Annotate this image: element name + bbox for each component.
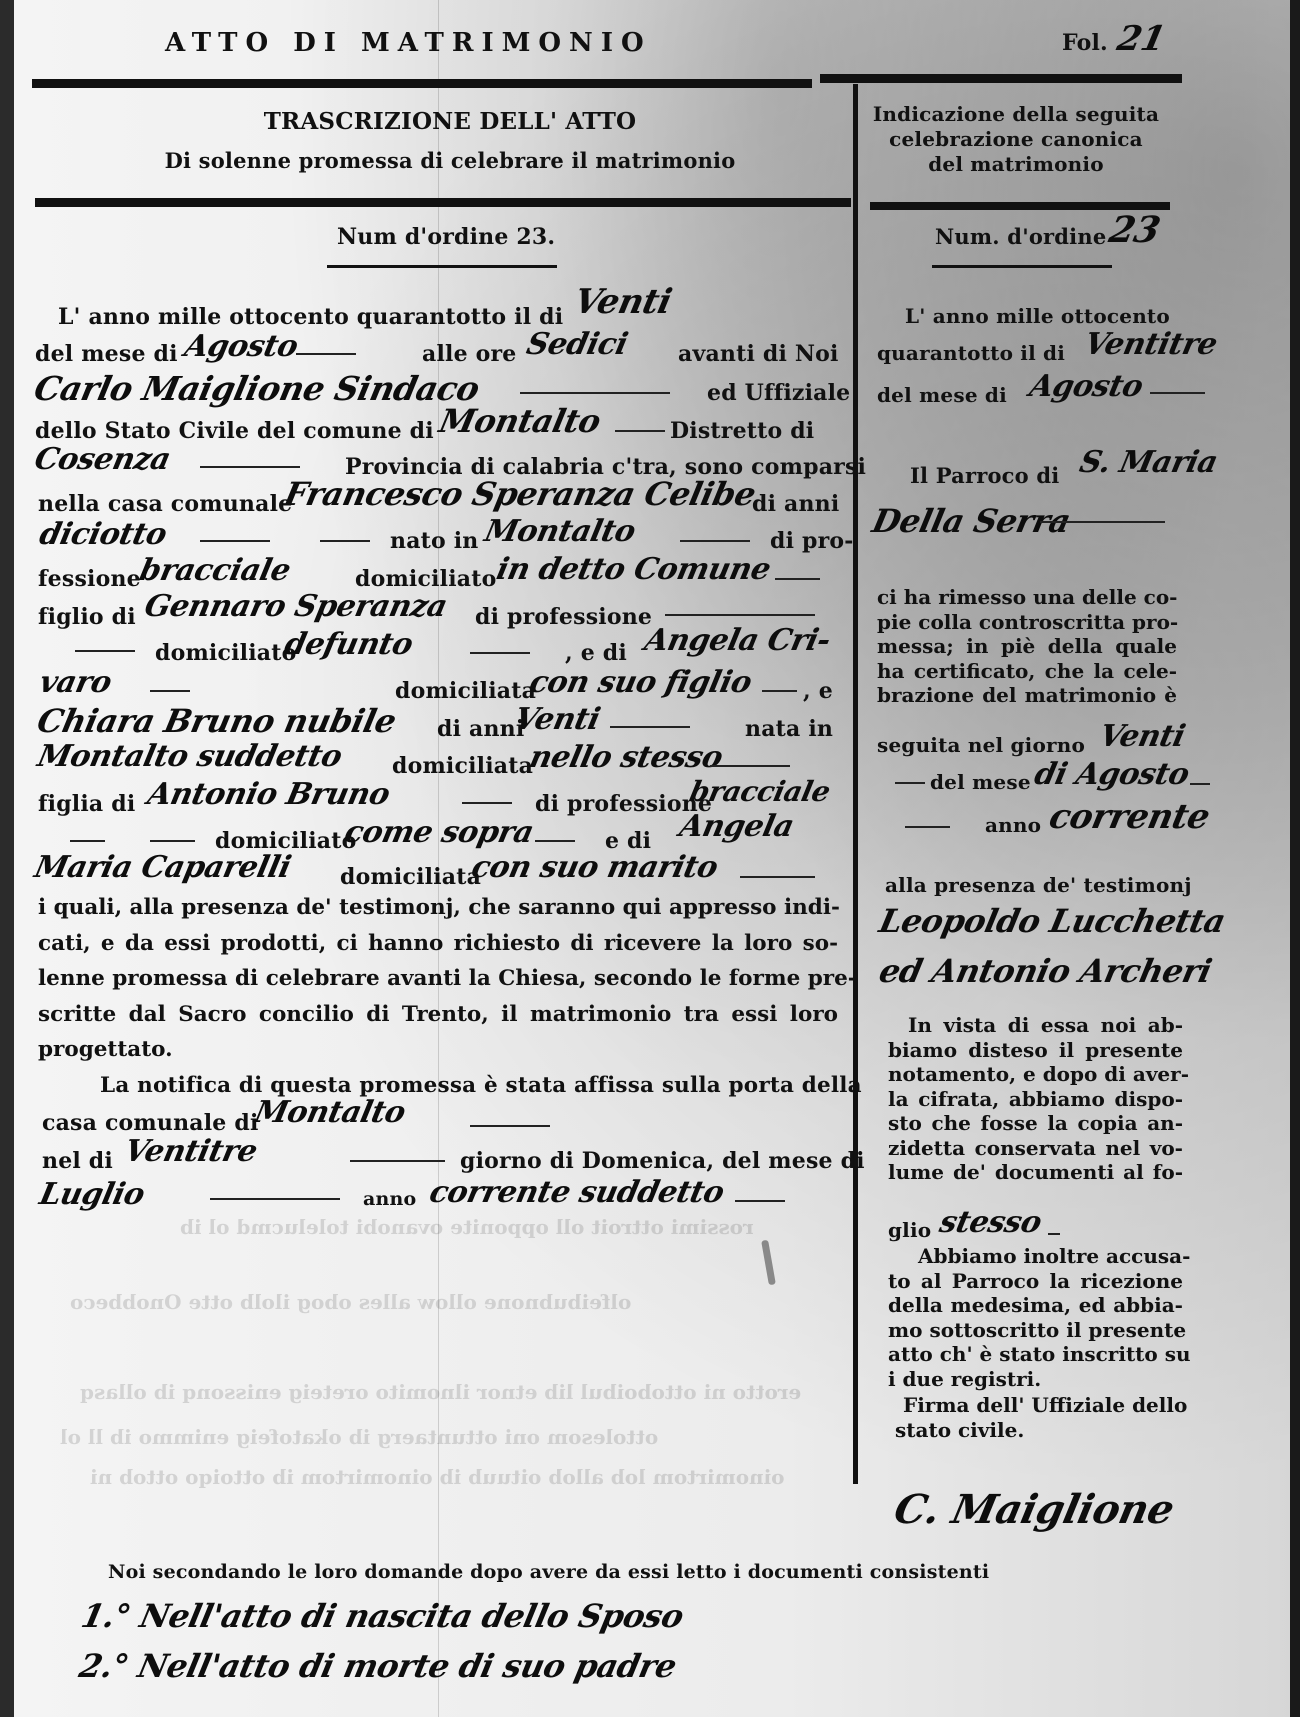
fill-dash [1040,521,1165,523]
fill-dash [150,840,195,842]
section-rule-left [35,198,851,207]
handwritten-month: Agosto [182,332,300,362]
bleed-through-text: ottolesom oni ottuntaerg ib okatofeig en… [60,1425,658,1449]
printed-text: figlio di [38,606,136,628]
order-label-right: Num. d'ordine [935,226,1106,247]
fill-dash [75,650,135,652]
handwritten-right-day: Ventitre [1082,330,1220,360]
fill-dash [296,353,356,355]
handwritten-district: Cosenza [32,445,173,475]
printed-text: alle ore [422,343,517,365]
footer-printed-line: Noi secondando le loro domande dopo aver… [108,1563,989,1582]
printed-text: , e [803,680,833,702]
ink-mark [761,1240,776,1286]
handwritten-groom-domicile: in detto Comune [494,555,773,585]
fill-dash [1048,1233,1060,1235]
handwritten-bride-domicile: nello stesso [527,743,725,773]
printed-text: di anni [752,493,839,515]
order-underline-left [327,265,557,268]
transcription-subheading: Di solenne promessa di celebrare il matr… [60,150,840,171]
fill-dash [762,690,797,692]
printed-text: Distretto di [670,420,814,442]
printed-text: seguita nel giorno [877,735,1085,755]
celebration-heading: Indicazione della seguita celebrazione c… [866,102,1166,177]
page-fold-line [438,0,439,1717]
handwritten-notice-day: Ventitre [122,1137,260,1167]
handwritten-hour: Sedici [524,330,630,360]
printed-text: nata in [745,718,833,740]
handwritten-groom-profession: bracciale [137,556,293,586]
transcription-heading: TRASCRIZIONE DELL' ATTO [60,110,840,133]
handwritten-groom-age: diciotto [37,520,169,550]
fill-dash [150,690,190,692]
fill-dash [735,1200,785,1202]
fill-dash [905,826,950,828]
printed-text: Il Parroco di [910,465,1059,486]
handwritten-bride-mother-domicile: con suo marito [469,853,720,883]
fill-dash [775,578,820,580]
printed-text: domiciliata [392,755,533,777]
fill-dash [740,876,815,878]
fill-dash [680,540,750,542]
printed-text: anno [363,1190,416,1209]
fill-dash [1150,392,1205,394]
printed-text: fessione [38,568,141,590]
fill-dash [520,392,670,394]
handwritten-bride-mother: Angela [677,812,796,842]
printed-text: di professione [475,606,652,628]
officer-signature: C. Maiglione [891,1490,1177,1530]
header-rule-right [820,74,1182,83]
scanned-document-page: rossimi ottroit oll opponite ovanobi tol… [0,0,1300,1717]
printed-text: del mese [930,772,1031,792]
fill-dash [320,540,370,542]
handwritten-bride-father-domicile: come sopra [342,818,536,848]
bleed-through-text: olfeibubnone ollow alles obog ilolb otte… [70,1290,631,1314]
handwritten-groom: Francesco Speranza Celibe [282,478,759,510]
printed-text: del mese di [877,385,1007,405]
handwritten-comune: Montalto [437,405,604,437]
folio-number: 21 [1114,22,1168,56]
printed-text: domiciliata [395,680,536,702]
fill-dash [710,765,790,767]
handwritten-celebrated-year: corrente [1046,800,1212,834]
signature-label: Firma dell' Uffiziale dello stato civile… [895,1393,1185,1442]
handwritten-bride: Chiara Bruno nubile [35,705,399,737]
printed-text: domiciliata [340,866,481,888]
handwritten-day: Venti [571,285,674,319]
fill-dash [895,782,925,784]
bleed-through-text: rossimi ottroit oll opponite ovanobi tol… [180,1215,754,1239]
printed-text: e di [605,830,651,852]
handwritten-bride-father-profession: bracciale [687,778,832,806]
printed-text: del mese di [35,343,178,365]
fill-dash [610,726,690,728]
printed-text: casa comunale di [42,1112,259,1134]
printed-text: giorno di Domenica, del mese di [460,1150,865,1172]
handwritten-bride-mother-cont: Maria Caparelli [32,853,293,883]
printed-text: di pro- [770,530,854,552]
notice-line-1: La notifica di questa promessa è stata a… [100,1075,838,1097]
printed-text: anno [985,815,1041,835]
fill-dash [665,614,815,616]
handwritten-notice-month: Luglio [37,1180,147,1210]
handwritten-groom-father: Gennaro Speranza [142,592,450,622]
handwritten-witness-1: Leopoldo Lucchetta [877,905,1228,937]
order-underline-right [932,265,1112,268]
fill-dash [210,1198,340,1200]
order-number-left: 23. [516,224,555,250]
parish-paragraph: ci ha rimesso una delle co- pie colla co… [877,585,1177,708]
bleed-through-text: oinomirtom lob allob oituub ib oinomirto… [90,1465,785,1489]
fill-dash [200,540,270,542]
fill-dash [1190,783,1210,785]
printed-text: ed Uffiziale [707,382,850,404]
column-divider [853,84,858,1484]
fill-dash [470,652,530,654]
printed-text: alla presenza de' testimonj [885,875,1192,895]
folio-label: Fol. [1062,32,1108,54]
header-rule-left [32,79,812,88]
printed-text: domiciliato [355,568,496,590]
printed-text: , e di [565,642,627,664]
printed-text: nato in [390,530,479,552]
scan-edge-right [1290,0,1300,1717]
handwritten-bride-birthplace: Montalto suddetto [35,742,344,772]
printed-text: domiciliato [155,642,296,664]
handwritten-groom-mother: Angela Cri- [642,626,833,656]
document-title: ATTO DI MATRIMONIO [165,30,652,56]
handwritten-witness-2: ed Antonio Archeri [877,955,1215,987]
handwritten-parish: S. Maria [1077,448,1220,478]
fill-dash [535,840,575,842]
handwritten-notice-year: corrente suddetto [427,1178,727,1208]
scan-edge-left [0,0,14,1717]
printed-text: L' anno mille ottocento quarantotto il d… [58,306,563,328]
handwritten-groom-birthplace: Montalto [482,517,638,547]
footer-document-1: 1.° Nell'atto di nascita dello Sposo [79,1600,687,1632]
handwritten-bride-father: Antonio Bruno [145,780,392,810]
fill-dash [200,466,300,468]
printed-text: quarantotto il di [877,343,1065,363]
promise-paragraph: i quali, alla presenza de' testimonj, ch… [38,890,838,1068]
printed-text: dello Stato Civile del comune di [35,420,434,442]
handwritten-officer: Carlo Maiglione Sindaco [31,372,482,405]
handwritten-folio: stesso [937,1208,1044,1238]
handwritten-celebrated-day: Venti [1097,722,1188,752]
printed-text: domiciliato [215,830,356,852]
handwritten-groom-mother-cont: varo [37,668,114,698]
handwritten-celebrated-month: di Agosto [1032,760,1192,790]
handwritten-right-month: Agosto [1027,372,1145,402]
printed-text: L' anno mille ottocento [905,306,1170,326]
order-number-right: 23 [1106,212,1163,248]
printed-text: nel di [42,1150,113,1172]
printed-text: figlia di [38,793,135,815]
bleed-through-text: erotto ni ottoboibul lib etnor ilnomito … [80,1380,801,1404]
printed-text: nella casa comunale [38,493,292,515]
handwritten-groom-father-domicile: defunto [282,630,415,660]
receipt-paragraph: Abbiamo inoltre accusa- to al Parroco la… [888,1244,1183,1391]
fill-dash [462,802,512,804]
fill-dash [70,840,105,842]
printed-text: glio [888,1220,931,1240]
fill-dash [470,1125,550,1127]
handwritten-groom-mother-domicile: con suo figlio [527,668,754,698]
registration-paragraph: In vista di essa noi ab- biamo disteso i… [888,1013,1183,1185]
order-label-left: Num d'ordine 23. [337,226,555,248]
fill-dash [615,430,665,432]
fill-dash [350,1160,445,1162]
handwritten-bride-age: Venti [512,705,603,735]
footer-document-2: 2.° Nell'atto di morte di suo padre [77,1650,680,1682]
printed-text: avanti di Noi [678,343,839,365]
handwritten-notice-comune: Montalto [252,1098,408,1128]
